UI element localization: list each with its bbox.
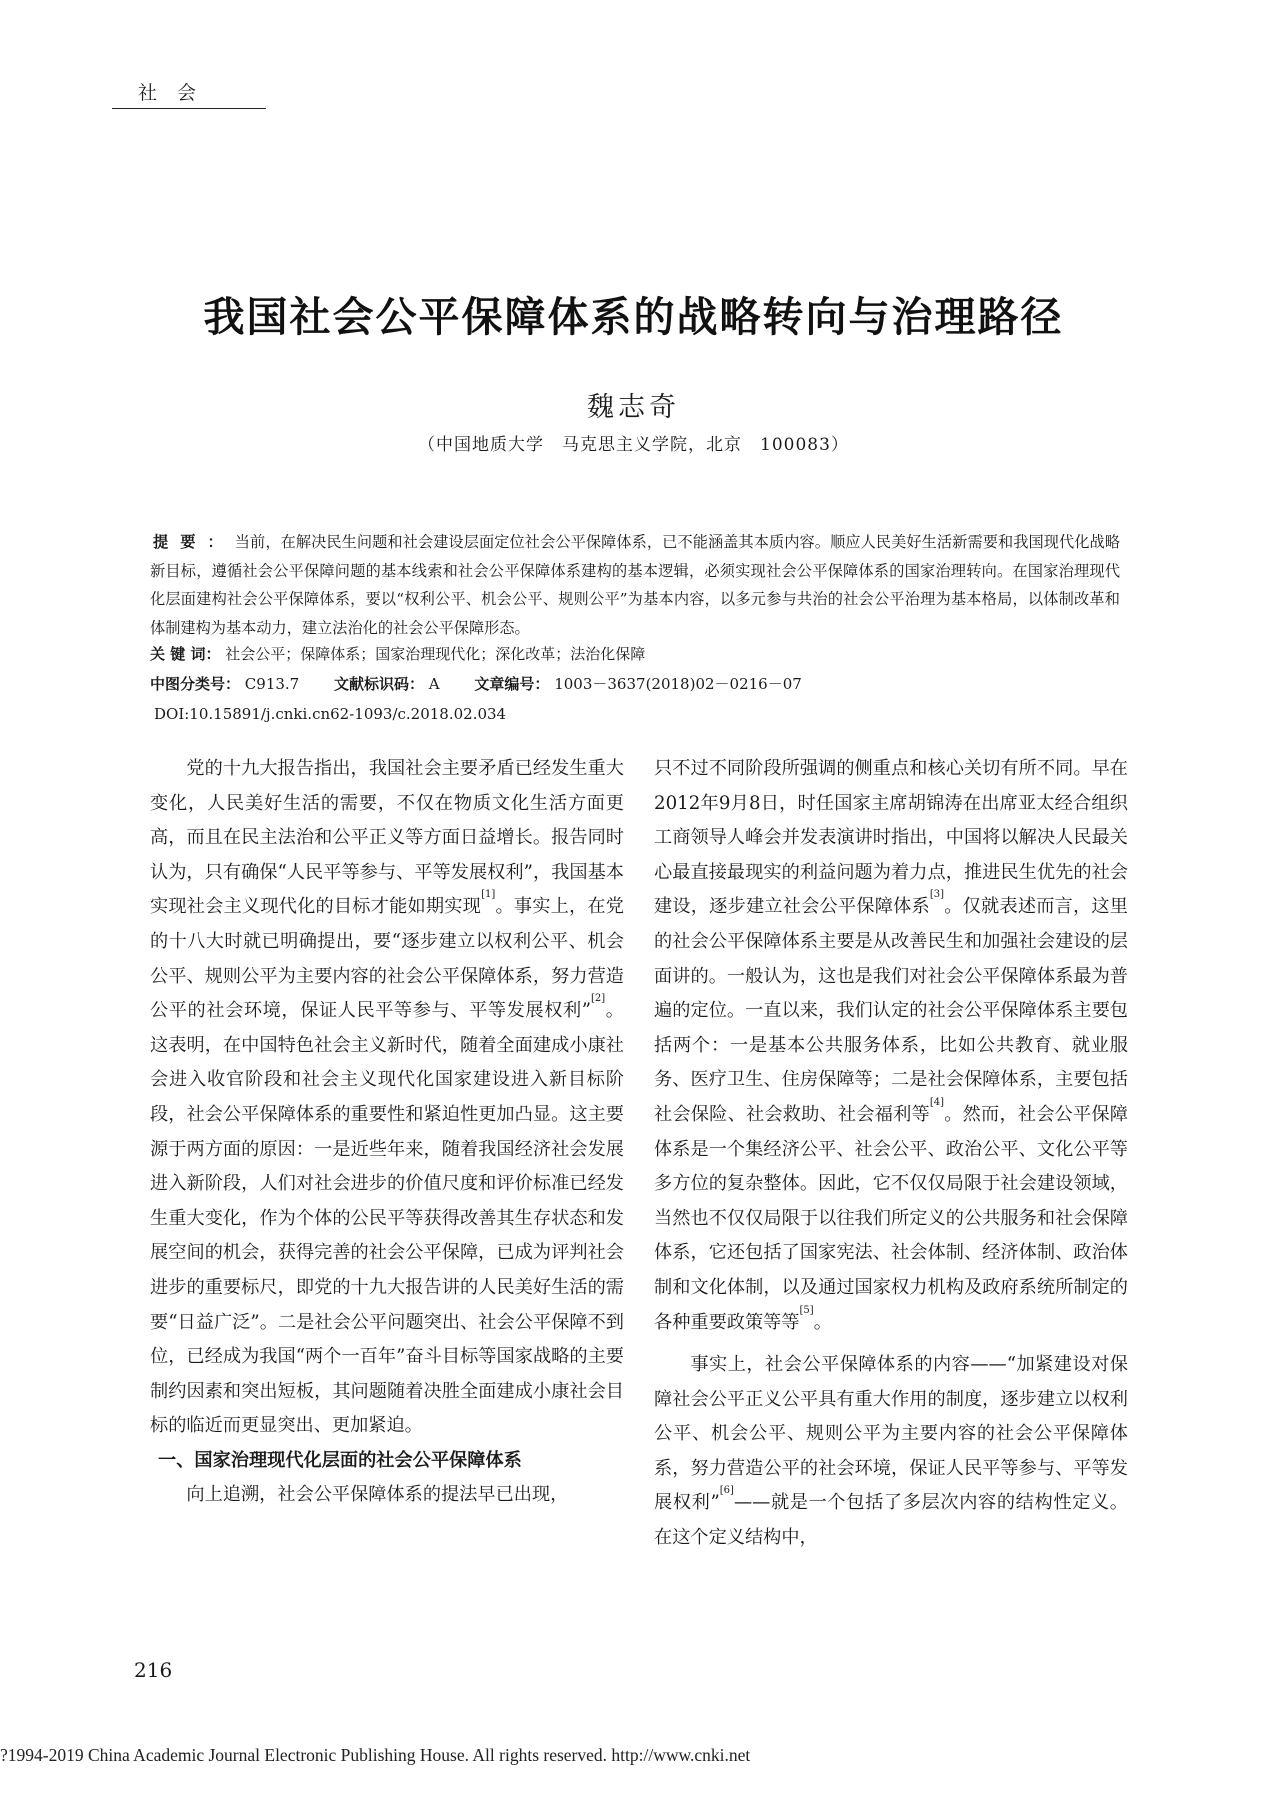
abstract-text: 当前，在解决民生问题和社会建设层面定位社会公平保障体系，已不能涵盖其本质内容。顺… <box>150 533 1120 637</box>
article-no-label: 文章编号： <box>474 675 549 693</box>
paragraph: 向上追溯，社会公平保障体系的提法早已出现， <box>150 1478 624 1513</box>
doc-code-value: A <box>429 675 440 693</box>
citation-ref[interactable]: [2] <box>591 993 605 1004</box>
doc-code-label: 文献标识码： <box>334 675 424 693</box>
citation-ref[interactable]: [6] <box>720 1485 734 1496</box>
classification-row: 中图分类号： C913.7 文献标识码： A 文章编号： 1003－3637(2… <box>150 674 802 694</box>
article-no-value: 1003－3637(2018)02－0216－07 <box>554 675 802 693</box>
section-heading: 一、国家治理现代化层面的社会公平保障体系 <box>150 1444 624 1479</box>
copyright-footer: ?1994-2019 China Academic Journal Electr… <box>0 1745 1267 1766</box>
abstract: 提要：当前，在解决民生问题和社会建设层面定位社会公平保障体系，已不能涵盖其本质内… <box>150 528 1120 642</box>
section-tag: 社会 <box>112 82 266 109</box>
clc-label: 中图分类号： <box>150 675 240 693</box>
keywords-label: 关 键 词： <box>150 645 220 663</box>
citation-ref[interactable]: [3] <box>930 889 944 900</box>
citation-ref[interactable]: [5] <box>800 1305 814 1316</box>
author-name: 魏志奇 <box>0 385 1267 424</box>
page-number: 216 <box>134 1658 172 1682</box>
clc-value: C913.7 <box>245 675 299 693</box>
keywords-row: 关 键 词： 社会公平；保障体系；国家治理现代化；深化改革；法治化保障 <box>150 644 645 664</box>
article-title: 我国社会公平保障体系的战略转向与治理路径 <box>0 284 1267 343</box>
paragraph: 只不过不同阶段所强调的侧重点和核心关切有所不同。早在2012年9月8日，时任国家… <box>654 752 1128 1340</box>
paragraph: 事实上，社会公平保障体系的内容——“加紧建设对保障社会公平正义公平具有重大作用的… <box>654 1348 1128 1556</box>
paragraph: 党的十九大报告指出，我国社会主要矛盾已经发生重大变化，人民美好生活的需要，不仅在… <box>150 752 624 1444</box>
citation-ref[interactable]: [1] <box>481 889 495 900</box>
abstract-label: 提要： <box>153 533 235 551</box>
keywords-value: 社会公平；保障体系；国家治理现代化；深化改革；法治化保障 <box>225 645 645 663</box>
author-affiliation: （中国地质大学 马克思主义学院，北京 100083） <box>0 430 1267 455</box>
body-column-right: 只不过不同阶段所强调的侧重点和核心关切有所不同。早在2012年9月8日，时任国家… <box>654 752 1128 1556</box>
doi: DOI:10.15891/j.cnki.cn62-1093/c.2018.02.… <box>154 704 506 724</box>
citation-ref[interactable]: [4] <box>930 1097 944 1108</box>
body-column-left: 党的十九大报告指出，我国社会主要矛盾已经发生重大变化，人民美好生活的需要，不仅在… <box>150 752 624 1513</box>
